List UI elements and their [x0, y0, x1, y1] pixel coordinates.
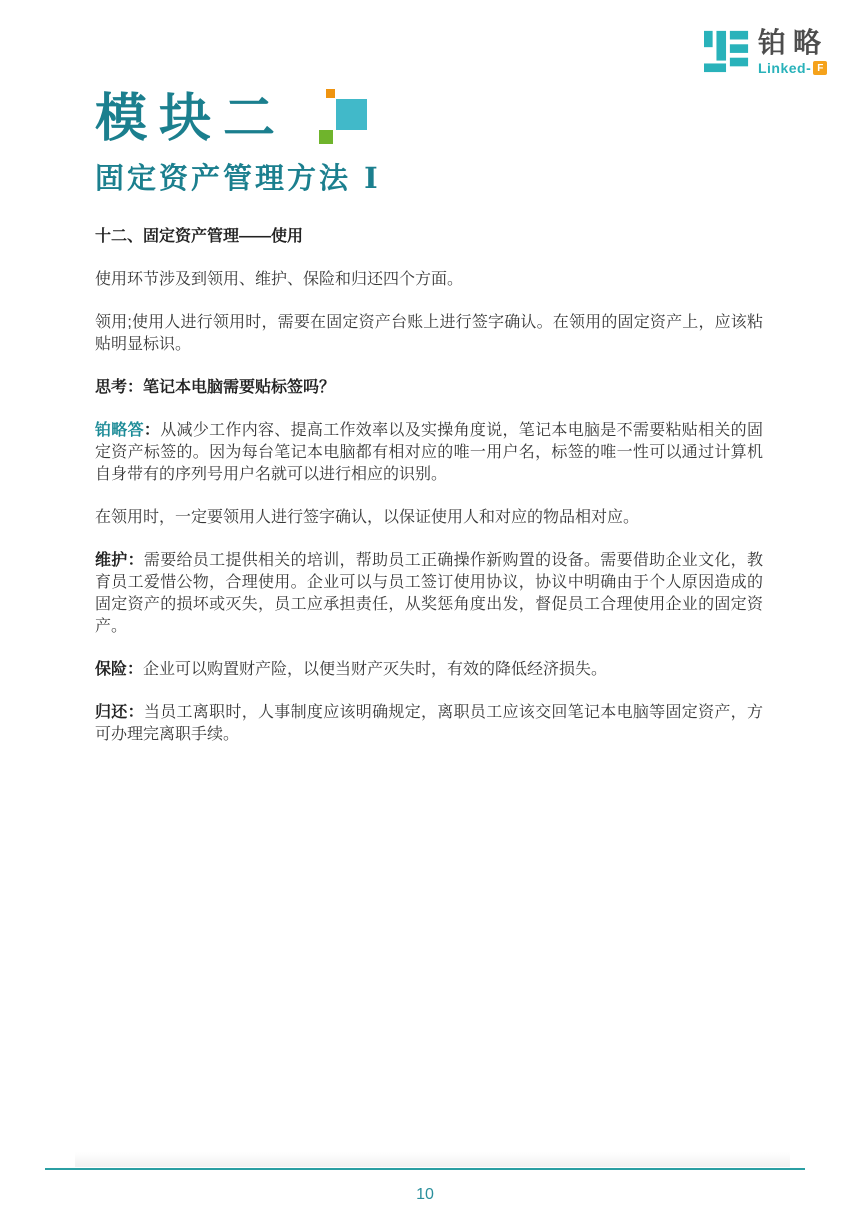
brand-logo-text: 铂略 Linked- F — [758, 27, 828, 76]
answer-colon: ： — [144, 422, 160, 439]
maintenance-text: 需要给员工提供相关的培训，帮助员工正确操作新购置的设备。需要借助企业文化，教育员… — [95, 552, 763, 635]
question-heading: 思考：笔记本电脑需要贴标签吗？ — [95, 377, 763, 399]
module-title: 模块二 — [95, 88, 381, 150]
paragraph-answer: 铂略答：从减少工作内容、提高工作效率以及实操角度说，笔记本电脑是不需要粘贴相关的… — [95, 420, 763, 486]
paragraph-return: 归还：当员工离职时，人事制度应该明确规定，离职员工应该交回笔记本电脑等固定资产，… — [95, 702, 763, 746]
return-text: 当员工离职时，人事制度应该明确规定，离职员工应该交回笔记本电脑等固定资产，方可办… — [95, 704, 763, 743]
insurance-text: 企业可以购置财产险，以便当财产灭失时，有效的降低经济损失。 — [143, 661, 607, 678]
brand-letter-badge: F — [813, 61, 827, 75]
footer-shade — [75, 1152, 790, 1167]
section-heading: 十二、固定资产管理——使用 — [95, 226, 763, 248]
document-page: 铂略 Linked- F 模块二 固定资产管理方法 Ⅰ 十二、固定资产管理——使… — [0, 0, 850, 1228]
brand-logo: 铂略 Linked- F — [704, 27, 828, 76]
module-header: 模块二 固定资产管理方法 Ⅰ — [95, 88, 381, 197]
brand-name-en: Linked- F — [758, 60, 827, 76]
footer-divider — [45, 1168, 805, 1170]
answer-text: 从减少工作内容、提高工作效率以及实操角度说，笔记本电脑是不需要粘贴相关的固定资产… — [95, 422, 763, 483]
brand-logo-icon — [704, 27, 750, 75]
maintenance-label: 维护： — [95, 552, 144, 569]
paragraph-maintenance: 维护：需要给员工提供相关的培训，帮助员工正确操作新购置的设备。需要借助企业文化，… — [95, 550, 763, 638]
document-body: 十二、固定资产管理——使用 使用环节涉及到领用、维护、保险和归还四个方面。 领用… — [95, 226, 763, 767]
module-subtitle: 固定资产管理方法 Ⅰ — [95, 156, 381, 197]
brand-name-cn: 铂略 — [758, 27, 828, 59]
paragraph-requisition: 领用;使用人进行领用时，需要在固定资产台账上进行签字确认。在领用的固定资产上，应… — [95, 312, 763, 356]
page-number: 10 — [0, 1186, 850, 1204]
paragraph-insurance: 保险：企业可以购置财产险，以便当财产灭失时，有效的降低经济损失。 — [95, 659, 763, 681]
insurance-label: 保险： — [95, 661, 143, 678]
paragraph-signoff: 在领用时，一定要领用人进行签字确认，以保证使用人和对应的物品相对应。 — [95, 507, 763, 529]
answer-brand-label: 铂略答 — [95, 422, 144, 439]
paragraph-usage-overview: 使用环节涉及到领用、维护、保险和归还四个方面。 — [95, 269, 763, 291]
brand-name-en-prefix: Linked- — [758, 60, 811, 76]
return-label: 归还： — [95, 704, 144, 721]
